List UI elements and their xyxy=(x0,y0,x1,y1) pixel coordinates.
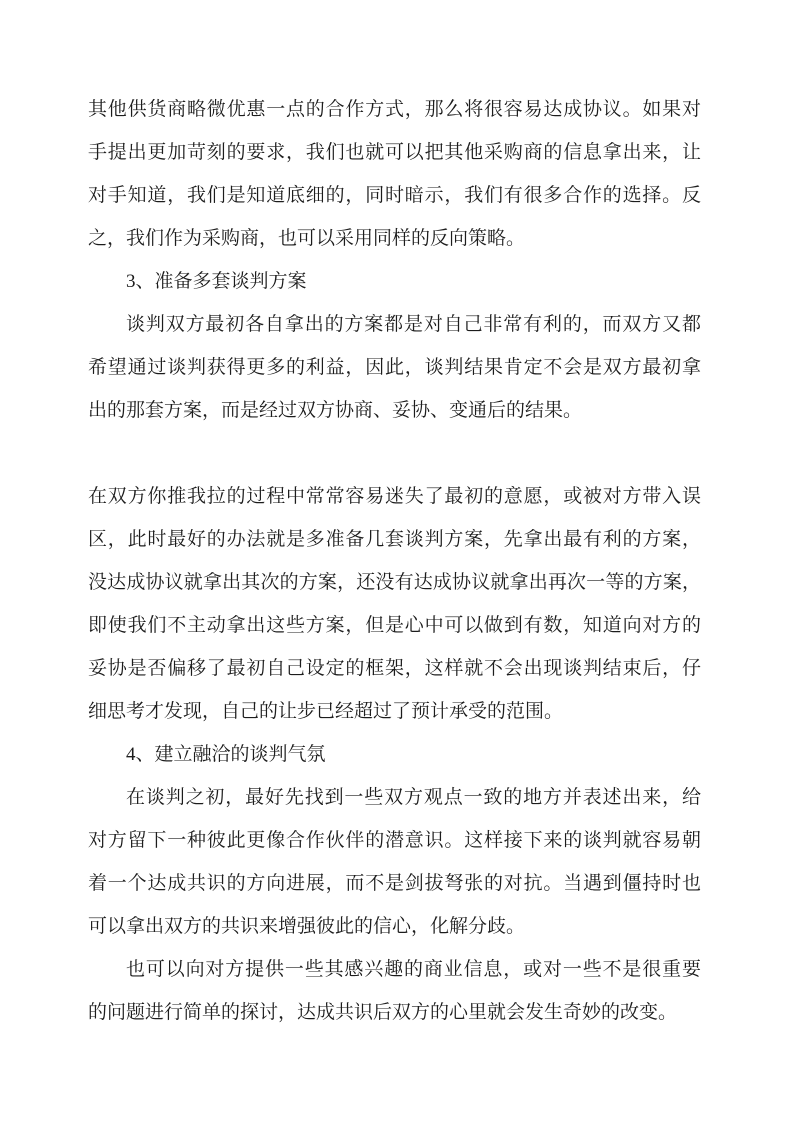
paragraph-line: 也可以向对方提供一些其感兴趣的商业信息，或对一些不是很重要 xyxy=(88,948,701,991)
paragraph-line: 没达成协议就拿出其次的方案，还没有达成协议就拿出再次一等的方案， xyxy=(88,561,701,604)
document-body: 其他供货商略微优惠一点的合作方式，那么将很容易达成协议。如果对手提出更加苛刻的要… xyxy=(88,88,701,1034)
paragraph-line: 手提出更加苛刻的要求，我们也就可以把其他采购商的信息拿出来，让 xyxy=(88,131,701,174)
paragraph-line: 可以拿出双方的共识来增强彼此的信心，化解分歧。 xyxy=(88,905,701,948)
paragraph-line: 即使我们不主动拿出这些方案，但是心中可以做到有数，知道向对方的 xyxy=(88,604,701,647)
paragraph-line: 在谈判之初，最好先找到一些双方观点一致的地方并表述出来，给 xyxy=(88,776,701,819)
paragraph-line: 之，我们作为采购商，也可以采用同样的反向策略。 xyxy=(88,217,701,260)
paragraph-line: 希望通过谈判获得更多的利益，因此，谈判结果肯定不会是双方最初拿 xyxy=(88,346,701,389)
paragraph-line: 对方留下一种彼此更像合作伙伴的潜意识。这样接下来的谈判就容易朝 xyxy=(88,819,701,862)
document-page: 其他供货商略微优惠一点的合作方式，那么将很容易达成协议。如果对手提出更加苛刻的要… xyxy=(0,0,793,1122)
paragraph-line: 的问题进行简单的探讨，达成共识后双方的心里就会发生奇妙的改变。 xyxy=(88,991,701,1034)
paragraph-line: 出的那套方案，而是经过双方协商、妥协、变通后的结果。 xyxy=(88,389,701,432)
paragraph-line: 谈判双方最初各自拿出的方案都是对自己非常有利的，而双方又都 xyxy=(88,303,701,346)
paragraph-line: 对手知道，我们是知道底细的，同时暗示，我们有很多合作的选择。反 xyxy=(88,174,701,217)
paragraph-line: 区，此时最好的办法就是多准备几套谈判方案，先拿出最有利的方案， xyxy=(88,518,701,561)
section-heading: 3、准备多套谈判方案 xyxy=(88,260,701,303)
paragraph-line: 妥协是否偏移了最初自己设定的框架，这样就不会出现谈判结束后，仔 xyxy=(88,647,701,690)
section-heading: 4、建立融洽的谈判气氛 xyxy=(88,733,701,776)
paragraph-line: 着一个达成共识的方向进展，而不是剑拔弩张的对抗。当遇到僵持时也 xyxy=(88,862,701,905)
paragraph-line: 其他供货商略微优惠一点的合作方式，那么将很容易达成协议。如果对 xyxy=(88,88,701,131)
blank-line xyxy=(88,432,701,475)
paragraph-line: 在双方你推我拉的过程中常常容易迷失了最初的意愿，或被对方带入误 xyxy=(88,475,701,518)
paragraph-line: 细思考才发现，自己的让步已经超过了预计承受的范围。 xyxy=(88,690,701,733)
